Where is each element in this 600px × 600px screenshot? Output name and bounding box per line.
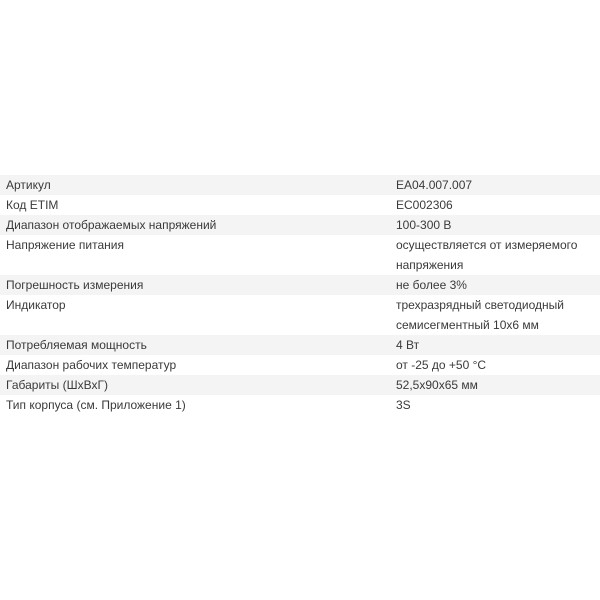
table-row: Код ETIM EC002306 [0,195,600,215]
table-row: Тип корпуса (см. Приложение 1) 3S [0,395,600,415]
spec-value-line: осуществляется от измеряемого [396,235,600,255]
table-row: Артикул EA04.007.007 [0,175,600,195]
spec-label: Напряжение питания [0,235,390,275]
table-row: Индикатор трехразрядный светодиодный сем… [0,295,600,335]
spec-value: трехразрядный светодиодный семисегментны… [390,295,600,335]
spec-label: Диапазон отображаемых напряжений [0,215,390,235]
spec-label: Габариты (ШхВхГ) [0,375,390,395]
spec-label: Индикатор [0,295,390,335]
spec-value-line: напряжения [396,255,600,275]
spec-label: Погрешность измерения [0,275,390,295]
spec-value: 52,5х90х65 мм [390,375,600,395]
table-row: Погрешность измерения не более 3% [0,275,600,295]
spec-label: Потребляемая мощность [0,335,390,355]
spec-value-line: 100-300 В [396,215,600,235]
table-row: Диапазон отображаемых напряжений 100-300… [0,215,600,235]
spec-value: осуществляется от измеряемого напряжения [390,235,600,275]
table-row: Напряжение питания осуществляется от изм… [0,235,600,275]
spec-value-line: 52,5х90х65 мм [396,375,600,395]
spec-value: EA04.007.007 [390,175,600,195]
spec-label: Артикул [0,175,390,195]
spec-value: EC002306 [390,195,600,215]
spec-value-line: от -25 до +50 °С [396,355,600,375]
spec-label: Код ETIM [0,195,390,215]
table-row: Потребляемая мощность 4 Вт [0,335,600,355]
spec-value-line: EA04.007.007 [396,175,600,195]
spec-value: от -25 до +50 °С [390,355,600,375]
spec-value: не более 3% [390,275,600,295]
table-row: Диапазон рабочих температур от -25 до +5… [0,355,600,375]
spec-label: Диапазон рабочих температур [0,355,390,375]
spec-value-line: трехразрядный светодиодный [396,295,600,315]
spec-value-line: 4 Вт [396,335,600,355]
spec-label: Тип корпуса (см. Приложение 1) [0,395,390,415]
spec-value: 100-300 В [390,215,600,235]
spec-value-line: не более 3% [396,275,600,295]
spec-value-line: EC002306 [396,195,600,215]
spec-value-line: 3S [396,395,600,415]
specifications-table: Артикул EA04.007.007 Код ETIM EC002306 Д… [0,175,600,415]
spec-value-line: семисегментный 10х6 мм [396,315,600,335]
spec-value: 4 Вт [390,335,600,355]
spec-value: 3S [390,395,600,415]
table-row: Габариты (ШхВхГ) 52,5х90х65 мм [0,375,600,395]
